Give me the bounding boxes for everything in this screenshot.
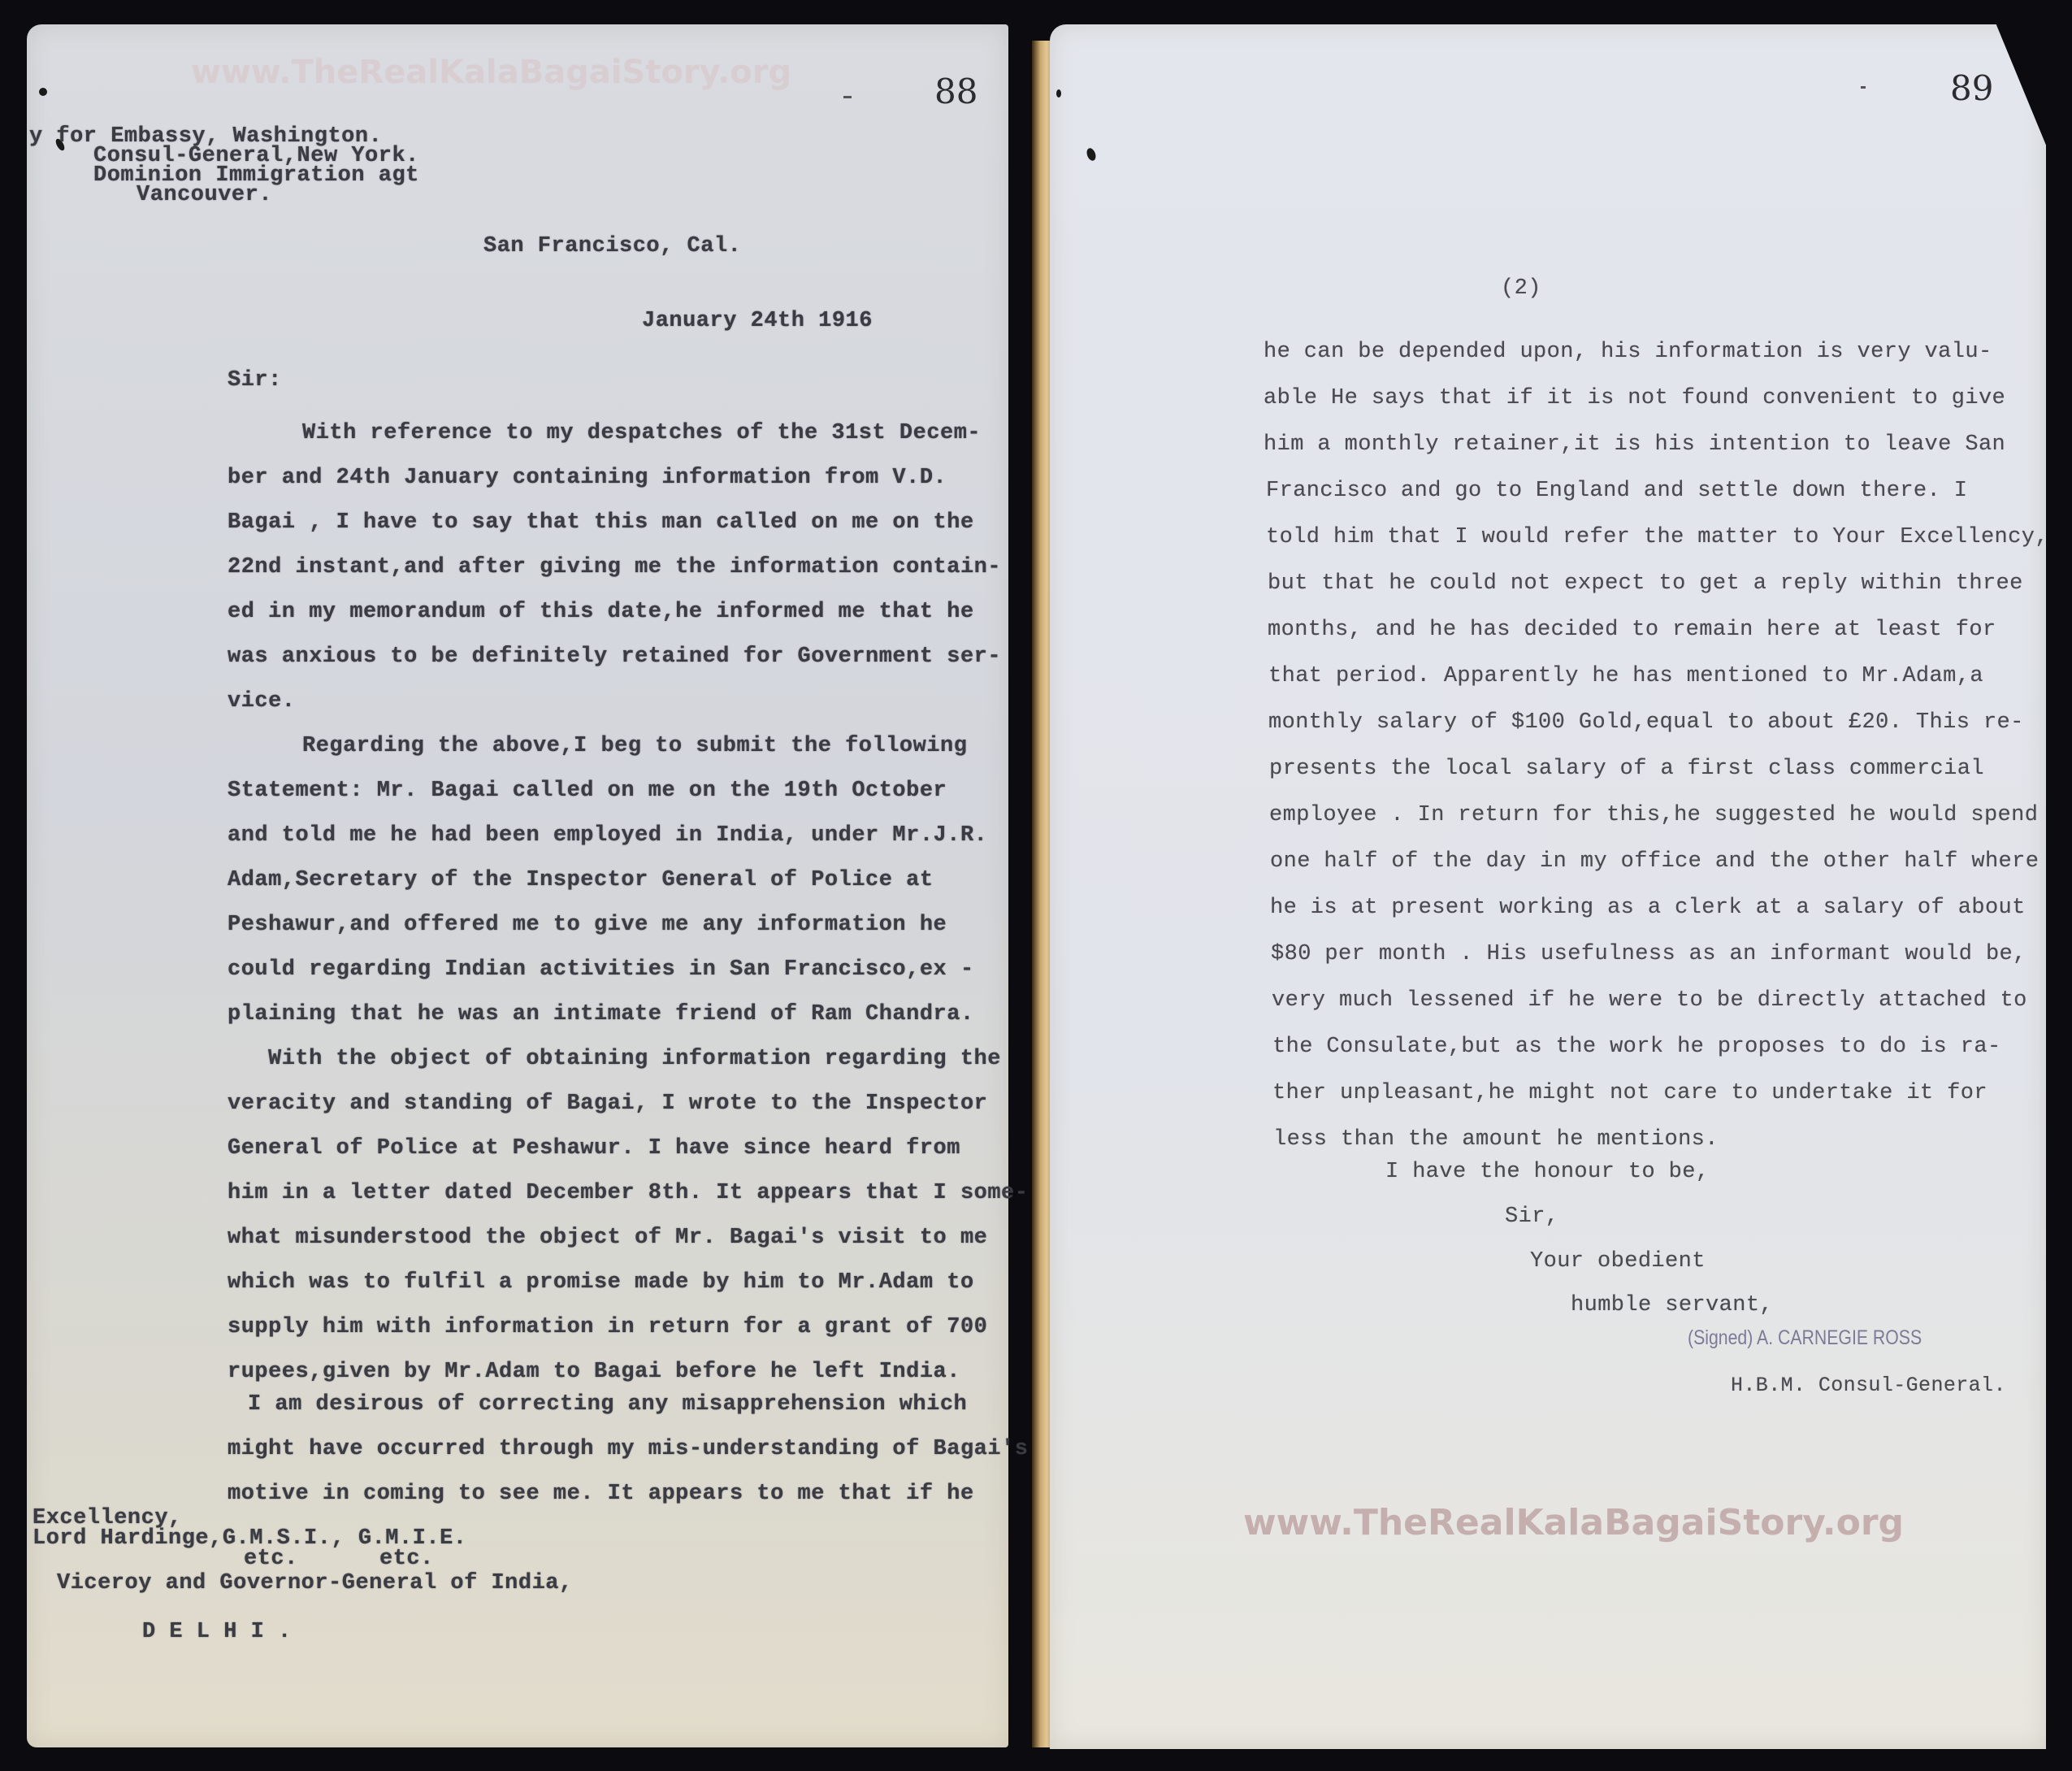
watermark-right: www.TheRealKalaBagaiStory.org xyxy=(1243,1502,1904,1543)
page-marker: (2) xyxy=(1501,276,1541,301)
date-line: January 24th 1916 xyxy=(642,309,873,333)
body-line: very much lessened if he were to be dire… xyxy=(1272,988,2027,1013)
signatory-title: H.B.M. Consul-General. xyxy=(1731,1374,2006,1397)
page-mark xyxy=(1861,86,1866,89)
body-line: that period. Apparently he has mentioned… xyxy=(1268,664,1983,688)
body-line: General of Police at Peshawur. I have si… xyxy=(228,1136,960,1161)
salutation: Sir: xyxy=(228,368,282,393)
body-line: With the object of obtaining information… xyxy=(268,1047,1001,1071)
body-line: Bagai , I have to say that this man call… xyxy=(228,510,974,535)
body-line: was anxious to be definitely retained fo… xyxy=(228,645,1001,669)
signature-stamp: (Signed) A. CARNEGIE ROSS xyxy=(1688,1326,1922,1350)
body-line: Regarding the above,I beg to submit the … xyxy=(302,734,967,758)
closing-line: I have the honour to be, xyxy=(1385,1160,1709,1184)
punch-hole-mark xyxy=(39,88,47,96)
watermark-left: www.TheRealKalaBagaiStory.org xyxy=(191,54,791,91)
body-line: ber and 24th January containing informat… xyxy=(228,466,947,490)
body-line: Adam,Secretary of the Inspector General … xyxy=(228,868,934,892)
body-line: months, and he has decided to remain her… xyxy=(1268,618,1996,642)
body-line: I am desirous of correcting any misappre… xyxy=(248,1392,967,1417)
body-line: rupees,given by Mr.Adam to Bagai before … xyxy=(228,1360,960,1384)
right-page xyxy=(1050,24,2046,1749)
body-line: veracity and standing of Bagai, I wrote … xyxy=(228,1092,987,1116)
folio-number-right: 89 xyxy=(1950,68,1993,108)
body-line: what misunderstood the object of Mr. Bag… xyxy=(228,1226,987,1250)
body-line: employee . In return for this,he suggest… xyxy=(1269,803,2038,827)
closing-line: humble servant, xyxy=(1571,1293,1773,1317)
body-line: Statement: Mr. Bagai called on me on the… xyxy=(228,779,947,803)
body-line: could regarding Indian activities in San… xyxy=(228,957,974,982)
addressee-city: D E L H I . xyxy=(142,1620,292,1644)
addressee-line: etc. etc. xyxy=(244,1547,434,1571)
body-line: able He says that if it is not found con… xyxy=(1264,386,2005,410)
place-line: San Francisco, Cal. xyxy=(483,234,741,258)
body-line: he can be depended upon, his information… xyxy=(1264,340,1992,364)
punch-hole-mark xyxy=(1056,89,1061,98)
body-line: might have occurred through my mis-under… xyxy=(228,1437,1028,1461)
body-line: motive in coming to see me. It appears t… xyxy=(228,1482,974,1506)
body-line: 22nd instant,and after giving me the inf… xyxy=(228,555,1001,579)
body-line: supply him with information in return fo… xyxy=(228,1315,987,1339)
page-mark xyxy=(843,96,852,98)
body-line: and told me he had been employed in Indi… xyxy=(228,823,987,848)
body-line: the Consulate,but as the work he propose… xyxy=(1272,1035,2001,1059)
body-line: Francisco and go to England and settle d… xyxy=(1266,479,1967,503)
body-line: him in a letter dated December 8th. It a… xyxy=(228,1181,1028,1205)
body-line: ther unpleasant,he might not care to und… xyxy=(1272,1081,1987,1105)
closing-line: Sir, xyxy=(1505,1205,1558,1229)
body-line: Peshawur,and offered me to give me any i… xyxy=(228,913,947,937)
body-line: told him that I would refer the matter t… xyxy=(1266,525,2048,549)
body-line: ed in my memorandum of this date,he info… xyxy=(228,600,974,624)
body-line: but that he could not expect to get a re… xyxy=(1268,571,2023,596)
closing-line: Your obedient xyxy=(1530,1249,1706,1274)
body-line: he is at present working as a clerk at a… xyxy=(1270,896,2026,920)
body-line: With reference to my despatches of the 3… xyxy=(302,421,981,445)
copy-to-line: Vancouver. xyxy=(137,183,272,207)
body-line: presents the local salary of a first cla… xyxy=(1269,757,1984,781)
body-line: which was to fulfil a promise made by hi… xyxy=(228,1270,974,1295)
body-line: him a monthly retainer,it is his intenti… xyxy=(1264,432,2005,457)
folio-number-left: 88 xyxy=(934,72,977,111)
body-line: monthly salary of $100 Gold,equal to abo… xyxy=(1268,710,2024,735)
body-line: plaining that he was an intimate friend … xyxy=(228,1002,974,1027)
body-line: $80 per month . His usefulness as an inf… xyxy=(1271,942,2026,966)
body-line: one half of the day in my office and the… xyxy=(1270,849,2039,874)
body-line: less than the amount he mentions. xyxy=(1273,1127,1719,1152)
addressee-line: Viceroy and Governor-General of India, xyxy=(57,1571,573,1595)
body-line: vice. xyxy=(228,689,296,714)
